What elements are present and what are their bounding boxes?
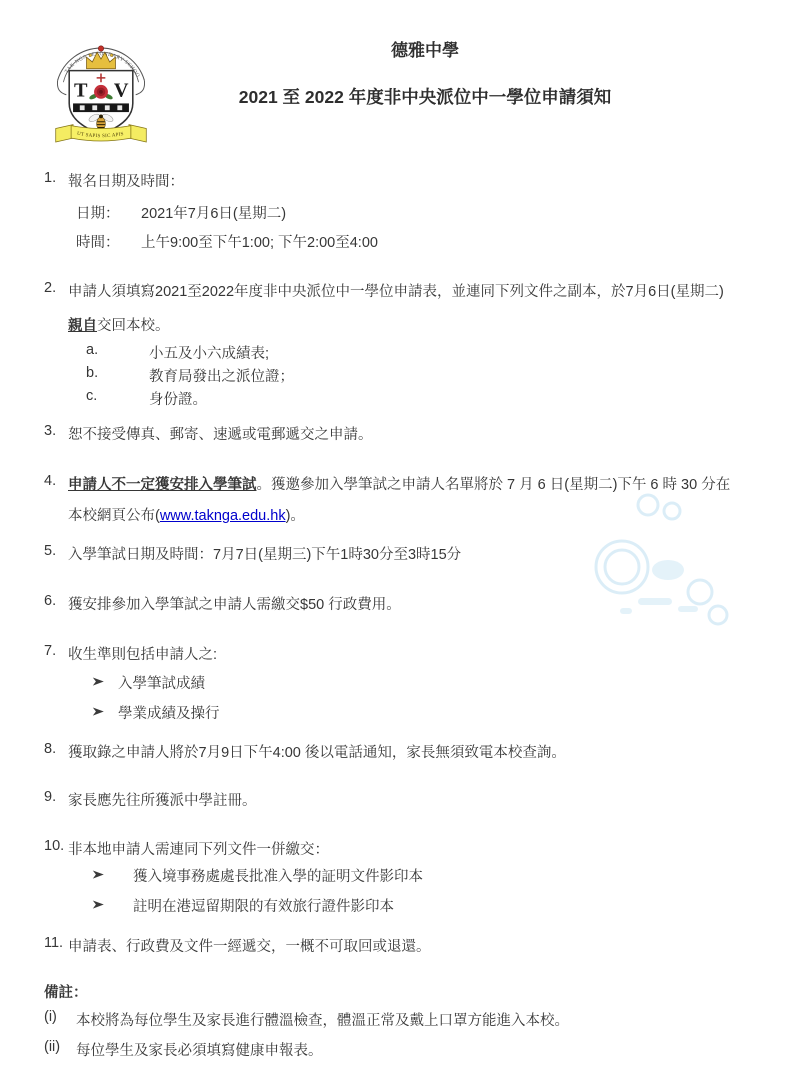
note-item-2: (ii) 每位學生及家長必須填寫健康申報表。 — [0, 1039, 790, 1061]
list-item-5: 5. 入學筆試日期及時間：7月7日(星期三)下午1時30分至3時15分 — [0, 543, 790, 565]
bullet-text: 學業成績及操行 — [118, 702, 220, 723]
list-item-4: 4. 申請人不一定獲安排入學筆試。獲邀參加入學筆試之申請人名單將於 7 月 6 … — [0, 473, 790, 495]
note-text: 每位學生及家長必須填寫健康申報表。 — [76, 1039, 323, 1060]
item-text: 非本地申請人需連同下列文件一併繳交： — [68, 838, 329, 859]
item-text: 恕不接受傳真、郵寄、速遞或電郵遞交之申請。 — [68, 423, 373, 444]
list-item-6: 6. 獲安排參加入學筆試之申請人需繳交$50 行政費用。 — [0, 593, 790, 615]
item-text: 收生準則包括申請人之: — [68, 643, 217, 664]
arrow-bullet-icon — [92, 899, 105, 910]
item-number: 7. — [44, 643, 56, 659]
time-value: 上午9:00至下午1:00; 下午2:00至4:00 — [141, 231, 378, 252]
item-text: 報名日期及時間： — [68, 170, 184, 191]
bullet-item: 獲入境事務處處長批准入學的証明文件影印本 — [0, 865, 790, 887]
note-label: (i) — [44, 1009, 57, 1025]
item-text: 入學筆試日期及時間：7月7日(星期三)下午1時30分至3時15分 — [68, 543, 461, 564]
item-text: 申請表、行政費及文件一經遞交，一概不可取回或退還。 — [68, 935, 431, 956]
date-row: 日期： 2021年7月6日(星期二) — [0, 202, 790, 224]
item-number: 2. — [44, 280, 56, 296]
date-value: 2021年7月6日(星期二) — [141, 202, 286, 223]
bullet-text: 入學筆試成績 — [118, 672, 205, 693]
item-text: 家長應先往所獲派中學註冊。 — [68, 789, 257, 810]
emphasis-text: 親自 — [68, 318, 97, 334]
website-link[interactable]: www.taknga.edu.hk — [160, 508, 286, 524]
bullet-item: 註明在港逗留期限的有效旅行證件影印本 — [0, 895, 790, 917]
item-text: 本校網頁公布(www.taknga.edu.hk)。 — [68, 504, 305, 525]
list-item-7: 7. 收生準則包括申請人之: — [0, 643, 790, 665]
sub-item-a: a. 小五及小六成績表; — [0, 342, 790, 364]
item-text: 獲安排參加入學筆試之申請人需繳交$50 行政費用。 — [68, 593, 401, 614]
list-item-11: 11. 申請表、行政費及文件一經遞交，一概不可取回或退還。 — [0, 935, 790, 957]
item-number: 1. — [44, 170, 56, 186]
item-text: 申請人須填寫2021至2022年度非中央派位中一學位申請表，並連同下列文件之副本… — [68, 280, 724, 301]
list-item-8: 8. 獲取錄之申請人將於7月9日下午4:00 後以電話通知，家長無須致電本校查詢… — [0, 741, 790, 763]
item-number: 9. — [44, 789, 56, 805]
item-number: 10. — [44, 838, 64, 854]
item-number: 11. — [44, 935, 63, 951]
emphasis-text: 申請人不一定獲安排入學筆試 — [68, 477, 257, 493]
sub-item-c: c. 身份證。 — [0, 388, 790, 410]
note-text: 本校將為每位學生及家長進行體溫檢查，體溫正常及戴上口罩方能進入本校。 — [76, 1009, 569, 1030]
sub-item-text: 教育局發出之派位證； — [149, 365, 294, 386]
bullet-item: 學業成績及操行 — [0, 702, 790, 724]
notice-title: 2021 至 2022 年度非中央派位中一學位申請須知 — [60, 84, 790, 109]
list-item-10: 10. 非本地申請人需連同下列文件一併繳交： — [0, 838, 790, 860]
item-text: 獲取錄之申請人將於7月9日下午4:00 後以電話通知，家長無須致電本校查詢。 — [68, 741, 566, 762]
document-page: TAK NGA SECONDARY SCHOOL T V — [0, 0, 790, 1091]
list-item-2: 2. 申請人須填寫2021至2022年度非中央派位中一學位申請表，並連同下列文件… — [0, 280, 790, 302]
list-item-4-line2: 本校網頁公布(www.taknga.edu.hk)。 — [0, 504, 790, 526]
time-row: 時間： 上午9:00至下午1:00; 下午2:00至4:00 — [0, 231, 790, 253]
bullet-text: 獲入境事務處處長批准入學的証明文件影印本 — [133, 865, 423, 886]
school-name: 德雅中學 — [60, 36, 790, 61]
arrow-bullet-icon — [92, 676, 105, 687]
sub-item-label: b. — [86, 365, 98, 381]
list-item-3: 3. 恕不接受傳真、郵寄、速遞或電郵遞交之申請。 — [0, 423, 790, 445]
list-item-9: 9. 家長應先往所獲派中學註冊。 — [0, 789, 790, 811]
time-label: 時間： — [76, 231, 120, 252]
sub-item-b: b. 教育局發出之派位證； — [0, 365, 790, 387]
bullet-text: 註明在港逗留期限的有效旅行證件影印本 — [133, 895, 394, 916]
note-item-1: (i) 本校將為每位學生及家長進行體溫檢查，體溫正常及戴上口罩方能進入本校。 — [0, 1009, 790, 1031]
item-number: 3. — [44, 423, 56, 439]
list-item-2-line2: 親自交回本校。 — [0, 314, 790, 336]
item-number: 5. — [44, 543, 56, 559]
item-text: 親自交回本校。 — [68, 314, 170, 335]
item-number: 4. — [44, 473, 56, 489]
sub-item-label: c. — [86, 388, 97, 404]
sub-item-text: 小五及小六成績表; — [149, 342, 269, 363]
item-number: 6. — [44, 593, 56, 609]
arrow-bullet-icon — [92, 869, 105, 880]
note-label: (ii) — [44, 1039, 60, 1055]
date-label: 日期： — [76, 202, 120, 223]
list-item-1: 1. 報名日期及時間： — [0, 170, 790, 192]
item-number: 8. — [44, 741, 56, 757]
sub-item-text: 身份證。 — [149, 388, 207, 409]
sub-item-label: a. — [86, 342, 98, 358]
arrow-bullet-icon — [92, 706, 105, 717]
notes-heading: 備註： — [0, 981, 790, 1003]
bullet-item: 入學筆試成績 — [0, 672, 790, 694]
item-text: 申請人不一定獲安排入學筆試。獲邀參加入學筆試之申請人名單將於 7 月 6 日(星… — [68, 473, 730, 494]
